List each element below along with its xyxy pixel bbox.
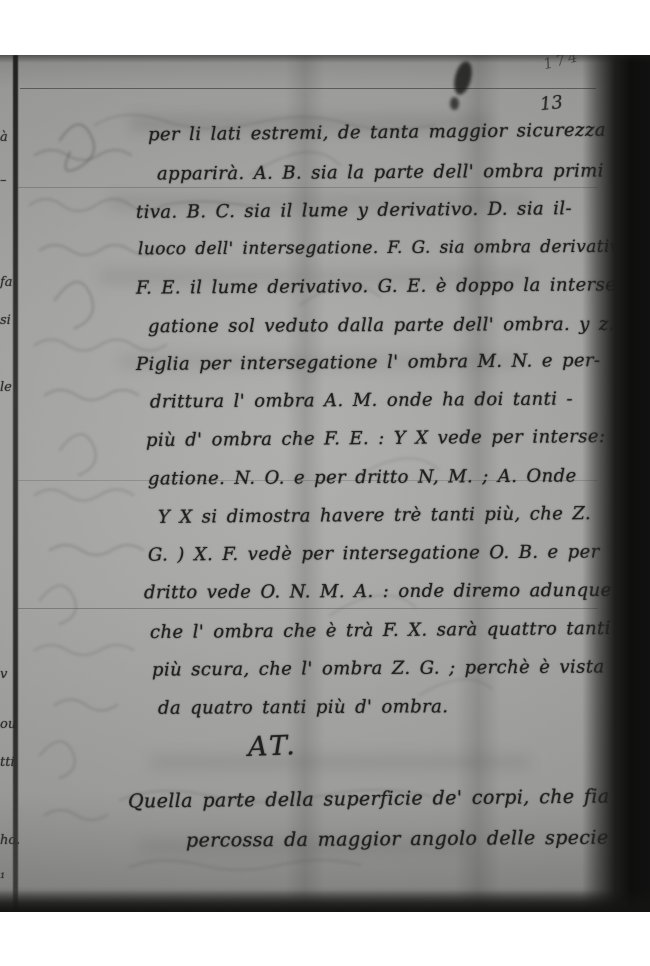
manuscript-line: percossa da maggior angolo delle specie … [186,826,649,851]
margin-fragment: à [0,130,8,145]
manuscript-line: tiva. B. C. sia il lume y derivativo. D.… [136,198,572,223]
photo-top-edge [0,55,650,63]
manuscript-line: luoco dell' intersegatione. F. G. sia om… [138,237,631,260]
manuscript-line: G. ) X. F. vedè per intersegatione O. B.… [148,541,600,565]
manuscript-line: più d' ombra che F. E. : Y X vede per in… [146,426,606,451]
photograph-area: 174 13 per li lati estremi, de tanta mag… [0,55,650,912]
manuscript-line: dritto vede O. N. M. A. : onde diremo ad… [144,580,612,603]
manuscript-line: Piglia per intersegatione l' ombra M. N.… [136,350,601,375]
photo-bottom-edge [0,890,650,912]
manuscript-line: gatione sol veduto dalla parte dell' omb… [148,314,615,337]
manuscript-line: drittura l' ombra A. M. onde ha doi tant… [150,389,573,413]
scratch-line [20,88,596,89]
manuscript-line: gatione. N. O. e per dritto N, M. ; A. O… [148,466,577,490]
manuscript-line: apparirà. A. B. sia la parte dell' ombra… [157,160,604,184]
margin-fragment: – [0,173,7,188]
manuscript-line: che l' ombra che è trà F. X. sarà quattr… [150,618,611,643]
scanned-manuscript-page: 174 13 per li lati estremi, de tanta mag… [0,0,650,966]
manuscript-line: Quella parte della superficie de' corpi,… [128,785,610,812]
section-heading: AT. [247,730,298,763]
margin-fragment: v [0,667,7,682]
scratch-line [18,608,598,609]
ink-blot [450,97,459,110]
margin-fragment: ¹ [0,871,5,886]
book-edge-shadow [582,55,650,912]
scratch-line [18,187,598,188]
binding-gutter-line [13,55,18,912]
manuscript-line: Y X si dimostra havere trè tanti più, ch… [158,503,591,528]
margin-fragment: le [0,380,12,395]
ink-smudge [150,755,530,769]
manuscript-line: da quatro tanti più d' ombra. [158,696,448,719]
page-number: 13 [539,92,564,115]
manuscript-line: per li lati estremi, de tanta maggior si… [148,120,606,146]
ink-blot [451,60,475,97]
manuscript-line: più scura, che l' ombra Z. G. ; perchè è… [152,656,605,680]
margin-fragment: fa [0,275,13,290]
margin-fragment: si [0,313,11,328]
manuscript-line: F. E. il lume derivativo. G. E. è doppo … [136,274,616,298]
